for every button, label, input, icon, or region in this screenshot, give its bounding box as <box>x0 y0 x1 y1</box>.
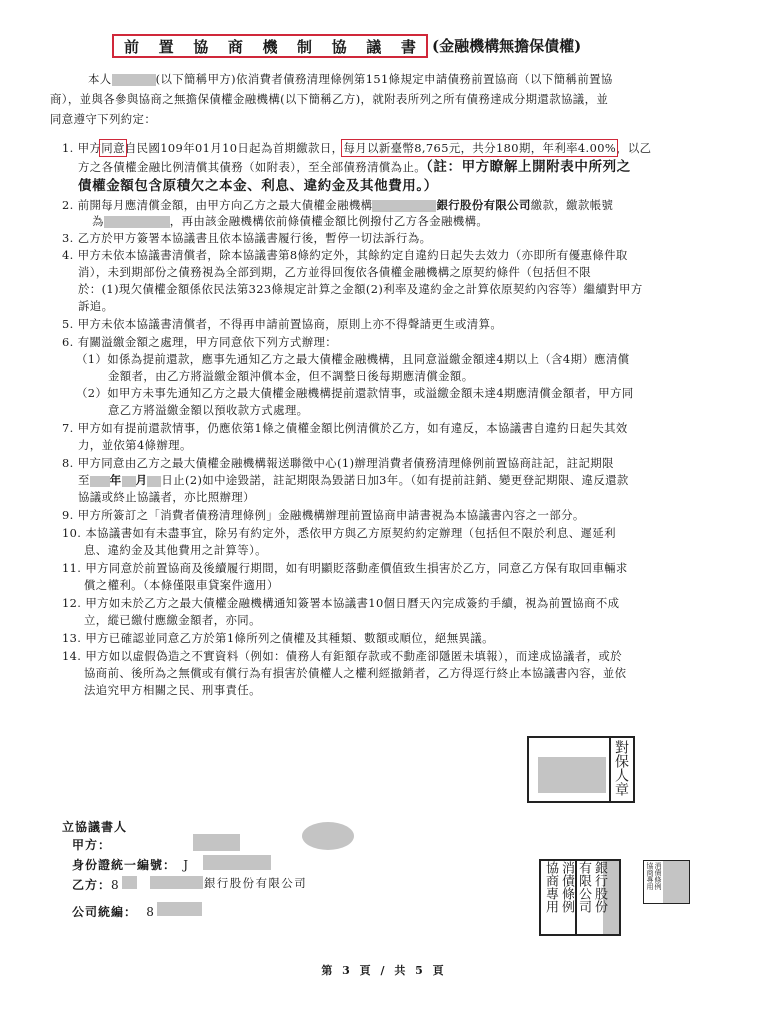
stamp-text-col: 協商專用 <box>542 861 558 934</box>
clause-1-line-3: 債權金額包含原積欠之本金、利息、違約金及其他費用。） <box>78 179 438 194</box>
clause-text: 至 <box>78 473 90 487</box>
stamp-text-col: 消債條例 <box>654 862 662 890</box>
redacted-year <box>90 476 110 487</box>
clause-2-line-1: 2. 前開每月應清償金額，由甲方向乙方之最大債權金融機構銀行股份有限公司繳款，繳… <box>62 198 613 213</box>
id-label-text: 身份證統一編號： <box>72 858 176 872</box>
preamble-line-1: 本人(以下簡稱甲方)依消費者債務清理條例第151條規定申請債務前置協商（以下簡稱… <box>88 72 613 87</box>
agree-highlight: 同意 <box>101 141 125 155</box>
title-char: 協 <box>193 36 208 57</box>
clause-8-line-1: 8. 甲方同意由乙方之最大債權金融機構報送聯徵中心(1)辦理消費者債務清理條例前… <box>62 456 614 471</box>
bank-small-stamp: 消債條例 協商專用 <box>643 860 690 904</box>
clause-text: 2. 前開每月應清償金額，由甲方向乙方之最大債權金融機構 <box>62 198 372 212</box>
clause-2-line-2: 為，再由該金融機構依前條債權金額比例撥付乙方各金融機構。 <box>92 214 488 229</box>
clause-5: 5. 甲方未依本協議書清償者，不得再申請前置協商，原則上亦不得聲請更生或清算。 <box>62 317 502 332</box>
preamble-line-2: 商），並與各參與協商之無擔保債權金融機構(以下簡稱乙方)，就附表所列之所有債務達… <box>50 92 608 107</box>
bank-negotiation-stamp: 消債條例 協商專用 銀行股份 有限公司 <box>539 859 621 936</box>
signatories-heading: 立協議書人 <box>62 818 127 835</box>
clause-7-line-2: 力，並依第4條辦理。 <box>78 438 192 453</box>
redacted-bank <box>372 200 436 212</box>
redacted-bank-name <box>150 876 203 889</box>
guarantor-stamp: 對保人章 <box>527 736 635 803</box>
guarantor-label-column: 對保人章 <box>609 738 633 801</box>
redacted-small-stamp-part <box>663 861 689 903</box>
clause-1-line-2: 方之各債權金融比例清償其債務（如附表），至全部債務清償為止。（註：甲方瞭解上開附… <box>78 160 631 175</box>
clause-9: 9. 甲方所簽訂之「消費者債務清理條例」金融機構辦理前置協商申請書視為本協議書內… <box>62 508 585 523</box>
title-char: 議 <box>366 36 381 57</box>
clause-14-line-2: 協商前、後所為之無償或有償行為有損害於債權人之權利經撤銷者，乙方得逕行終止本協議… <box>84 666 626 681</box>
id-prefix: J <box>183 858 189 872</box>
clause-6-2-line-2: 意乙方將溢繳金額以預收款方式處理。 <box>108 403 308 418</box>
redacted-day <box>147 476 161 487</box>
clause-1-line-1: 1. 甲方同意自民國109年01月10日起為首期繳款日，每月以新臺幣8,765元… <box>62 141 651 156</box>
clause-text: 日止(2)如中途毀諾，註記期限為毀諾日加3年。（如有提前註銷、變更登記期限、違反… <box>161 473 628 487</box>
party-b-prefix: 8 <box>111 878 120 892</box>
clause-6-1-line-1: （1）如係為提前還款，應事先通知乙方之最大債權金融機構，且同意溢繳金額達4期以上… <box>76 352 630 367</box>
title-char: 機 <box>262 36 277 57</box>
clause-3: 3. 乙方於甲方簽署本協議書且依本協議書履行後，暫停一切法訴行為。 <box>62 231 431 246</box>
clause-12-line-2: 立，縱已繳付應繳金額者，亦同。 <box>84 613 261 628</box>
bank-name: 銀行股份有限公司 <box>436 198 530 212</box>
clause-14-line-3: 法追究甲方相關之民、刑事責任。 <box>84 683 261 698</box>
redacted-account <box>104 216 170 228</box>
year-label: 年 <box>110 473 122 487</box>
clause-12-line-1: 12. 甲方如未於乙方之最大債權金融機構通知簽署本協議書10個日曆天內完成簽約手… <box>62 596 619 611</box>
clause-4-line-4: 訴追。 <box>78 299 113 314</box>
redacted-guarantor-seal <box>538 757 606 793</box>
redacted-party-a-name <box>193 834 240 851</box>
redacted-company-id <box>157 902 202 916</box>
redacted-party-b-prefix <box>122 876 137 889</box>
stamp-text-col: 有限公司 <box>575 861 591 934</box>
clause-4-line-3: 於：(1)現欠債權金額係依民法第323條規定計算之金額(2)利率及違約金之計算依… <box>78 282 643 297</box>
clause-10-line-2: 息、違約金及其他費用之計算等）。 <box>84 543 267 558</box>
clause-8-line-3: 協議或終止協議者，亦比照辦理） <box>78 490 255 505</box>
page-number: 第 3 頁 / 共 5 頁 <box>0 962 768 978</box>
guarantor-stamp-label: 對保人章 <box>612 740 630 796</box>
clause-text: ，以乙 <box>616 141 651 155</box>
clause-11-line-1: 11. 甲方同意於前置協商及後續履行期間，如有明顯貶落動產價值致生損害於乙方，同… <box>62 561 628 576</box>
company-id-label-text: 公司統編： <box>72 905 137 919</box>
bank-stamp-left-half: 消債條例 協商專用 <box>541 861 577 934</box>
company-id-prefix: 8 <box>146 905 155 919</box>
document-subtitle: (金融機構無擔保債權) <box>432 35 581 56</box>
title-char: 商 <box>228 36 243 57</box>
party-b-label: 乙方：8 <box>72 876 120 893</box>
redacted-signature-seal <box>302 822 354 850</box>
clause-11-line-2: 償之權利。（本條僅限車貸案件適用） <box>84 578 279 593</box>
clause-note: （註：甲方瞭解上開附表中所列之 <box>426 159 631 175</box>
title-char: 書 <box>401 36 416 57</box>
stamp-text-col: 協商專用 <box>646 862 654 890</box>
party-b-bank-suffix: 銀行股份有限公司 <box>204 876 307 891</box>
clause-6: 6. 有關溢繳金額之處理，甲方同意依下列方式辦理： <box>62 335 337 350</box>
clause-6-1-line-2: 金額者，由乙方將溢繳金額沖償本金，但不調整日後每期應清償金額。 <box>108 369 474 384</box>
title-char: 置 <box>159 36 174 57</box>
payment-terms-highlight: 每月以新臺幣8,765元，共分180期，年利率4.00% <box>343 141 616 155</box>
redacted-month <box>122 476 136 487</box>
clause-13: 13. 甲方已確認並同意乙方於第1條所列之債權及其種類、數額或順位，絕無異議。 <box>62 631 494 646</box>
title-char: 協 <box>332 36 347 57</box>
clause-text: 1. 甲方 <box>62 141 101 155</box>
party-b-label-text: 乙方： <box>72 878 111 892</box>
clause-6-2-line-1: （2）如甲方未事先通知乙方之最大債權金融機構提前還款情事，或溢繳金額未達4期應清… <box>76 386 634 401</box>
clause-8-line-2: 至年月日止(2)如中途毀諾，註記期限為毀諾日加3年。（如有提前註銷、變更登記期限… <box>78 473 629 488</box>
clause-text: ，再由該金融機構依前條債權金額比例撥付乙方各金融機構。 <box>170 214 488 228</box>
preamble-text: (以下簡稱甲方)依消費者債務清理條例第151條規定申請債務前置協商（以下簡稱前置… <box>156 72 613 86</box>
clause-14-line-1: 14. 甲方如以虛假偽造之不實資料（例如：債務人有鉅額存款或不動產卻隱匿未填報）… <box>62 649 622 664</box>
month-label: 月 <box>136 473 148 487</box>
clause-4-line-1: 4. 甲方未依本協議書清償者，除本協議書第8條約定外，其餘約定自違約日起失去效力… <box>62 248 628 263</box>
clause-7-line-1: 7. 甲方如有提前還款情事，仍應依第1條之債權金額比例清償於乙方，如有違反，本協… <box>62 421 628 436</box>
redacted-name <box>112 74 156 86</box>
party-a-label: 甲方： <box>72 836 111 853</box>
clause-text: 為 <box>92 214 104 228</box>
small-stamp-text: 消債條例 協商專用 <box>645 862 662 890</box>
preamble-text: 本人 <box>88 72 112 86</box>
stamp-text-col: 消債條例 <box>558 861 574 934</box>
company-id-label: 公司統編： 8 <box>72 903 155 920</box>
clause-text: 自民國109年01月10日起為首期繳款日， <box>125 141 344 155</box>
title-char: 前 <box>124 36 139 57</box>
stamp-text-col: 銀行股份 <box>591 861 607 934</box>
clause-text: 方之各債權金融比例清償其債務（如附表），至全部債務清償為止。 <box>78 160 426 174</box>
title-char: 制 <box>297 36 312 57</box>
clause-4-line-2: 消），未到期部份之債務視為全部到期，乙方並得回復依各債權金融機構之原契約條件（包… <box>78 265 591 280</box>
clause-10-line-1: 10. 本協議書如有未盡事宜，除另有約定外，悉依甲方與乙方原契約約定辦理（包括但… <box>62 526 616 541</box>
preamble-line-3: 同意遵守下列約定： <box>50 112 156 127</box>
id-number-label: 身份證統一編號： J <box>72 856 189 873</box>
redacted-id-number <box>203 855 271 870</box>
bank-stamp-right-half: 銀行股份 有限公司 <box>577 861 605 934</box>
clause-text: 繳款，繳款帳號 <box>531 198 614 212</box>
document-title: 前 置 協 商 機 制 協 議 書 <box>112 34 428 58</box>
